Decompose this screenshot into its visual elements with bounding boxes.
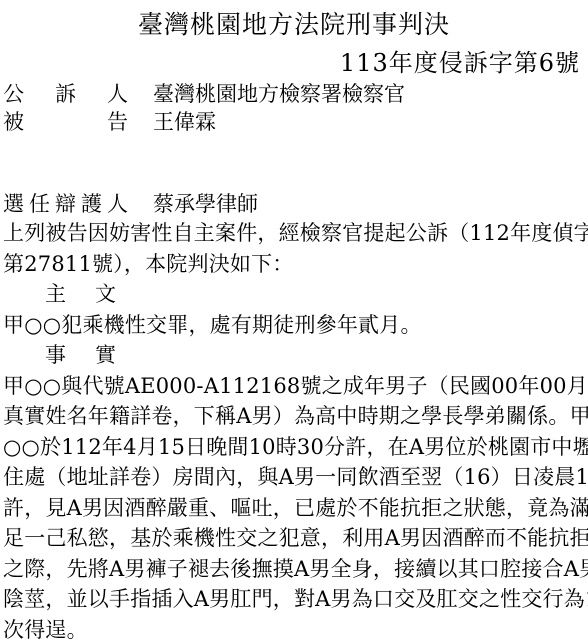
- defense-counsel-name: 蔡承學律師: [153, 192, 258, 216]
- prosecutor-name: 臺灣桃園地方檢察署檢察官: [153, 82, 405, 106]
- defense-counsel-label: 選任辯護人: [3, 190, 128, 218]
- case-number: 113年度侵訴字第6號: [0, 48, 588, 78]
- main-text-heading: 主 文: [3, 279, 588, 310]
- main-text-line: 甲○○犯乘機性交罪，處有期徒刑參年貳月。: [3, 310, 588, 341]
- defense-counsel-block: 選任辯護人蔡承學律師: [0, 190, 588, 218]
- defendant-line: 被告王偉霖: [3, 108, 588, 136]
- defendant-label: 被告: [3, 108, 128, 136]
- facts-text-line: 甲○○與代號AE000-A112168號之成年男子（民國00年00月生，: [3, 371, 588, 402]
- document-title: 臺灣桃園地方法院刑事判決: [0, 8, 588, 42]
- facts-text-line: 次得逞。: [3, 615, 588, 640]
- prosecutor-label: 公訴人: [3, 80, 128, 108]
- defendant-name: 王偉霖: [153, 110, 216, 134]
- facts-heading: 事 實: [3, 340, 588, 371]
- facts-text-line: 陰莖，並以手指插入A男肛門，對A男為口交及肛交之性交行為1: [3, 584, 588, 615]
- defense-counsel-line: 選任辯護人蔡承學律師: [3, 190, 588, 218]
- facts-text-line: 住處（地址詳卷）房間內，與A男一同飲酒至翌（16）日凌晨1時: [3, 462, 588, 493]
- document-body: 上列被告因妨害性自主案件，經檢察官提起公訴（112年度偵字 第27811號），本…: [0, 218, 588, 640]
- parties-block: 公訴人臺灣桃園地方檢察署檢察官 被告王偉霖: [0, 80, 588, 136]
- procedural-text-line: 上列被告因妨害性自主案件，經檢察官提起公訴（112年度偵字: [3, 218, 588, 249]
- facts-text-line: 許，見A男因酒醉嚴重、嘔吐，已處於不能抗拒之狀態，竟為滿: [3, 493, 588, 524]
- facts-text-line: 真實姓名年籍詳卷，下稱A男）為高中時期之學長學弟關係。甲: [3, 401, 588, 432]
- facts-text-line: ○○於112年4月15日晚間10時30分許，在A男位於桃園市中壢區: [3, 432, 588, 463]
- prosecutor-line: 公訴人臺灣桃園地方檢察署檢察官: [3, 80, 588, 108]
- judgment-document-page: 臺灣桃園地方法院刑事判決 113年度侵訴字第6號 公訴人臺灣桃園地方檢察署檢察官…: [0, 0, 588, 640]
- facts-text-line: 之際，先將A男褲子褪去後撫摸A男全身，接續以其口腔接合A男: [3, 554, 588, 585]
- facts-text-line: 足一己私慾，基於乘機性交之犯意，利用A男因酒醉而不能抗拒: [3, 523, 588, 554]
- procedural-text-line: 第27811號），本院判決如下：: [3, 249, 588, 280]
